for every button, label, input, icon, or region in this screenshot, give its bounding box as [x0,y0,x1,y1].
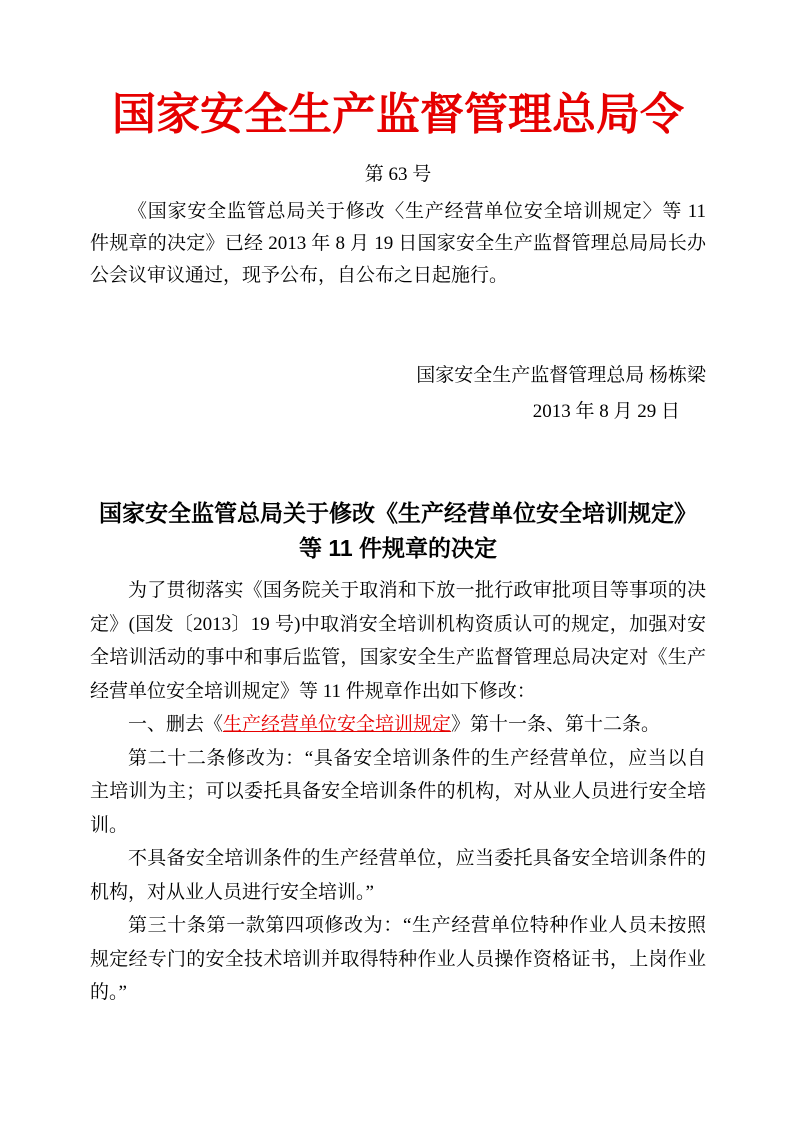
announcement-paragraph: 《国家安全监管总局关于修改〈生产经营单位安全培训规定〉等 11 件规章的决定》已… [90,196,706,292]
decision-title-line2: 等 11 件规章的决定 [299,535,497,561]
signature-authority: 国家安全生产监督管理总局 杨栋梁 [90,358,706,394]
item1-prefix: 一、删去《 [128,714,223,735]
item2-amendment-paragraph: 第三十条第一款第四项修改为：“生产经营单位特种作业人员未按照规定经专门的安全技术… [90,909,706,1010]
item1-suffix: 》第十一条、第十二条。 [451,714,660,735]
decision-body: 为了贯彻落实《国务院关于取消和下放一批行政审批项目等事项的决定》(国发〔2013… [90,574,706,1010]
decision-title: 国家安全监管总局关于修改《生产经营单位安全培训规定》 等 11 件规章的决定 [90,496,706,566]
item1-amendment-paragraph-2: 不具备安全培训条件的生产经营单位，应当委托具备安全培训条件的机构，对从业人员进行… [90,842,706,909]
item1-amendment-paragraph: 第二十二条修改为：“具备安全培训条件的生产经营单位，应当以自主培训为主；可以委托… [90,742,706,843]
regulation-link[interactable]: 生产经营单位安全培训规定 [223,714,451,735]
decree-number: 第 63 号 [90,160,706,190]
intro-paragraph: 为了贯彻落实《国务院关于取消和下放一批行政审批项目等事项的决定》(国发〔2013… [90,574,706,708]
signature-block: 国家安全生产监督管理总局 杨栋梁 2013 年 8 月 29 日 [90,358,706,430]
decree-title: 国家安全生产监督管理总局令 [90,84,706,146]
decision-title-line1: 国家安全监管总局关于修改《生产经营单位安全培训规定》 [99,500,697,526]
item1-paragraph: 一、删去《生产经营单位安全培训规定》第十一条、第十二条。 [90,708,706,742]
document-page: 国家安全生产监督管理总局令 第 63 号 《国家安全监管总局关于修改〈生产经营单… [0,0,793,1122]
signature-date: 2013 年 8 月 29 日 [90,394,706,430]
